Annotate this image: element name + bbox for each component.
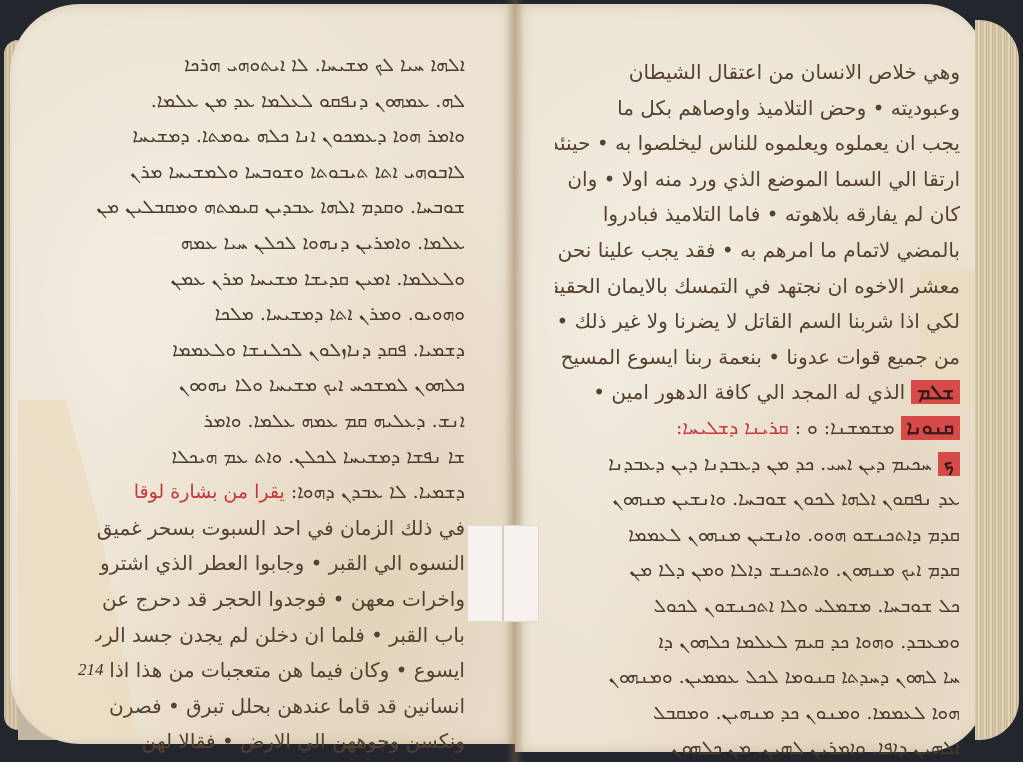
folio-number: 214 bbox=[78, 660, 104, 680]
manuscript-line: يجب ان يعملوه ويعلموه للناس ليخلصوا به •… bbox=[555, 126, 960, 162]
manuscript-line: النسوه الي القبر • وجابوا العطر الذي اشت… bbox=[95, 546, 465, 582]
line-text: ܠܗ. ܥܡܗܘܢ ܕܢܦܩܘ ܠܥܠܡܐ ܥܕ ܡܢ ܥܠܡܐ. bbox=[151, 90, 465, 112]
manuscript-line: ܫܘܒܚܐ. ܘܩܕܡ ܐܠܗܐ ܥܒܕܝܢ ܩܝܡܬܗ ܘܡܩܒܠܝܢ ܡܢ bbox=[95, 190, 465, 226]
manuscript-line: ايسوع • وكان فيما هن متعجبات من هذا اذا bbox=[95, 653, 465, 689]
line-text: لكي اذا شربنا السم القاتل لا يضرنا ولا غ… bbox=[556, 309, 960, 333]
rubric-heading-box: ܫܠܡ bbox=[911, 380, 960, 404]
line-text: ܟܠܗܘܢ ܠܡܫܟܚ ܐܝܟ ܡܫܝܚܐ ܘܠܐ ܢܗܘܘܢ bbox=[179, 374, 465, 396]
manuscript-line: ܩܢܘܢܐܡܫܡܫܢܐ: ܘ : ܩܪܝܢܐ ܕܫܠܝܚܐ: bbox=[555, 411, 960, 447]
manuscript-line: ܩܕܡ ܕܐܬܟܢܫܘ ܗܘܘ. ܘܐܢܫܝܢ ܡܢܗܘܢ ܠܥܡܡܐ bbox=[555, 518, 960, 554]
manuscript-line: ܐܢܫ. ܕܥܠܝܗ ܩܡ ܥܡܗ ܥܠܡܐ. ܘܐܡܪ bbox=[95, 404, 465, 440]
manuscript-line: ܠܐܒܘܗܝ ܐܬܐ ܬܝܒܘܬܐ ܘܫܘܒܚܐ ܘܠܡܫܝܚܐ ܡܪܢ bbox=[95, 155, 465, 191]
line-text: ܥܠܡܐ. ܘܐܡܪܝܢ ܕܢܗܘܐ ܠܟܠܢ ܚܝܐ ܥܡܗ bbox=[181, 232, 465, 254]
line-text: ܕܫܡܝܐ. ܦܩܕ ܕܢܐܙܠܘܢ ܠܟܠܢܫܐ ܘܠܥܡܡܐ bbox=[172, 339, 465, 361]
paper-slip-in-gutter bbox=[467, 525, 539, 622]
line-text: ܗܘܐ ܠܥܡܡܐ. ܘܡܢܘܢ ܟܕ ܡܢܗܝܢ. ܘܡܩܒܠ bbox=[653, 702, 960, 724]
line-text: ܫܐ ܢܦܫܐ ܕܡܫܝܚܐ ܠܟܠܢ. ܘܐܬ ܥܡ ܗܝܟܠܐ bbox=[172, 446, 466, 468]
manuscript-line: في ذلك الزمان في احد السبوت بسحر غميق ات… bbox=[95, 511, 465, 547]
manuscript-line: انسانين قد قاما عندهن بحلل تبرق • فصرن bbox=[95, 689, 465, 725]
manuscript-line: ܟܚܟܝܡ ܕܝܢ ܐܚܝ. ܟܕ ܡܢ ܕܥܒܕܢܐ ܕܝܢ ܕܥܒܕܢܐ bbox=[555, 447, 960, 483]
line-text: ܕܫܡܝܐ. ܠܐ ܥܒܕܢ ܕܗܘܐ: bbox=[291, 481, 465, 503]
book-gutter bbox=[506, 0, 524, 762]
rubric-heading-box: ܟ bbox=[938, 452, 960, 476]
line-text: ܩܕܡ ܐܝܟ ܡܢܗܘܢ. ܘܐܬܟܢܫ ܕܐܠܐ ܘܡܢ ܕܠܐ ܡܢ bbox=[630, 559, 961, 581]
manuscript-line: ܐܠܗܐ ܚܝܐ ܠܟ ܡܫܝܚܐ. ܠܐ ܐܝܬܘܗܝ ܗܪܟܐ bbox=[95, 48, 465, 84]
manuscript-line: ܥܠܡܐ. ܘܐܡܪܝܢ ܕܢܗܘܐ ܠܟܠܢ ܚܝܐ ܥܡܗ bbox=[95, 226, 465, 262]
manuscript-spread: ܐܠܗܐ ܚܝܐ ܠܟ ܡܫܝܚܐ. ܠܐ ܐܝܬܘܗܝ ܗܪܟܐܠܗ. ܥܡܗ… bbox=[0, 0, 1023, 762]
manuscript-line: ܫܐ ܢܦܫܐ ܕܡܫܝܚܐ ܠܟܠܢ. ܘܐܬ ܥܡ ܗܝܟܠܐ bbox=[95, 440, 465, 476]
line-text: معشر الاخوه ان نجتهد في التمسك بالايمان … bbox=[555, 274, 960, 298]
line-text: ارتقا الي السما الموضع الذي ورد منه اولا… bbox=[567, 167, 960, 191]
manuscript-line: ܥܕ ܢܦܩܘܢ ܐܠܗܐ ܠܟܘܢ ܫܘܒܚܐ. ܘܐܢܫܝܢ ܡܢܗܘܢ bbox=[555, 482, 960, 518]
line-text: ܫܘܒܚܐ. ܘܩܕܡ ܐܠܗܐ ܥܒܕܝܢ ܩܝܡܬܗ ܘܡܩܒܠܝܢ ܡܢ bbox=[96, 196, 465, 218]
line-text: ܘܡܥܒܕ. ܘܗܘܐ ܟܕ ܩܝܡ ܠܥܠܡܐ ܟܠܗܘܢ ܕܐ bbox=[658, 631, 960, 653]
manuscript-line: معشر الاخوه ان نجتهد في التمسك بالايمان … bbox=[555, 269, 960, 305]
line-text: النسوه الي القبر • وجابوا العطر الذي اشت… bbox=[95, 551, 465, 575]
manuscript-line: ܟܠ ܫܘܒܚܐ. ܡܫܡܠܝ ܘܠܐ ܐܬܟܢܫܘܢ ܠܟܘܠ bbox=[555, 589, 960, 625]
manuscript-line: لكي اذا شربنا السم القاتل لا يضرنا ولا غ… bbox=[555, 304, 960, 340]
manuscript-line: ܕܫܡܝܐ. ܦܩܕ ܕܢܐܙܠܘܢ ܠܟܠܢܫܐ ܘܠܥܡܡܐ bbox=[95, 333, 465, 369]
manuscript-line: ܘܡܥܒܕ. ܘܗܘܐ ܟܕ ܩܝܡ ܠܥܠܡܐ ܟܠܗܘܢ ܕܐ bbox=[555, 625, 960, 661]
manuscript-line: ܕܫܡܝܐ. ܠܐ ܥܒܕܢ ܕܗܘܐ: يقرا من بشارة لوقا bbox=[95, 475, 465, 511]
line-text: ܚܟܝܡ ܕܝܢ ܐܚܝ. ܟܕ ܡܢ ܕܥܒܕܢܐ ܕܝܢ ܕܥܒܕܢܐ bbox=[608, 453, 932, 475]
line-text: ܐܠܗܝܢ ܕܐܦܐ. ܘܐܡܪܝܢ ܠܗܝܢ. ܡܢ ܟܠܗܘܢ bbox=[671, 737, 960, 759]
line-text: ܐܢܫ. ܕܥܠܝܗ ܩܡ ܥܡܗ ܥܠܡܐ. ܘܐܡܪ bbox=[203, 410, 465, 432]
manuscript-line: ܚܐ ܠܗܘܢ ܕܚܕܬܐ ܩܢܘܡܐ ܠܟܠ ܥܡܡܝܢ. ܘܡܢܗܘܢ bbox=[555, 660, 960, 696]
line-text: وعبوديته • وحض التلاميذ واوصاهم بكل ما bbox=[617, 96, 960, 120]
line-text: ܘܠܥܠܡܐ. ܐܡܝܢ ܩܕܝܫܐ ܡܫܝܚܐ ܡܪܢ ܥܡܢ bbox=[171, 268, 465, 290]
line-text: وهي خلاص الانسان من اعتقال الشيطان bbox=[629, 60, 960, 84]
line-text: ܠܐܒܘܗܝ ܐܬܐ ܬܝܒܘܬܐ ܘܫܘܒܚܐ ܘܠܡܫܝܚܐ ܡܪܢ bbox=[130, 161, 465, 183]
manuscript-line: ܟܠܗܘܢ ܠܡܫܟܚ ܐܝܟ ܡܫܝܚܐ ܘܠܐ ܢܗܘܘܢ bbox=[95, 368, 465, 404]
manuscript-line: ܫܠܡالذي له المجد الي كافة الدهور امين • bbox=[555, 375, 960, 411]
manuscript-line: كان لم يفارقه بلاهوته • فاما التلاميذ فب… bbox=[555, 197, 960, 233]
manuscript-line: من جميع قوات عدونا • بنعمة ربنا ايسوع ال… bbox=[555, 340, 960, 376]
manuscript-line: ܘܗܘܝܘ. ܘܡܪܢ ܐܬܐ ܕܡܫܝܚܐ. ܡܠܟܐ bbox=[95, 297, 465, 333]
manuscript-line: باب القبر • فلما ان دخلن لم يجدن جسد الر… bbox=[95, 618, 465, 654]
manuscript-line: واخرات معهن • فوجدوا الحجر قد دحرج عن bbox=[95, 582, 465, 618]
manuscript-line: ܐܠܗܝܢ ܕܐܦܐ. ܘܐܡܪܝܢ ܠܗܝܢ. ܡܢ ܟܠܗܘܢ bbox=[555, 731, 960, 762]
line-text: ܚܐ ܠܗܘܢ ܕܚܕܬܐ ܩܢܘܡܐ ܠܟܠ ܥܡܡܝܢ. ܘܡܢܗܘܢ bbox=[609, 666, 960, 688]
line-text: ܐܠܗܐ ܚܝܐ ܠܟ ܡܫܝܚܐ. ܠܐ ܐܝܬܘܗܝ ܗܪܟܐ bbox=[184, 54, 465, 76]
manuscript-line: ܘܠܥܠܡܐ. ܐܡܝܢ ܩܕܝܫܐ ܡܫܝܚܐ ܡܪܢ ܥܡܢ bbox=[95, 262, 465, 298]
manuscript-line: ܩܕܡ ܐܝܟ ܡܢܗܘܢ. ܘܐܬܟܢܫ ܕܐܠܐ ܘܡܢ ܕܠܐ ܡܢ bbox=[555, 553, 960, 589]
manuscript-line: ܗܘܐ ܠܥܡܡܐ. ܘܡܢܘܢ ܟܕ ܡܢܗܝܢ. ܘܡܩܒܠ bbox=[555, 696, 960, 732]
rubric-text: يقرا من بشارة لوقا bbox=[134, 481, 291, 503]
line-text: انسانين قد قاما عندهن بحلل تبرق • فصرن bbox=[109, 694, 465, 718]
line-text: الذي له المجد الي كافة الدهور امين • bbox=[593, 380, 905, 404]
line-text: واخرات معهن • فوجدوا الحجر قد دحرج عن bbox=[102, 587, 465, 611]
line-text: كان لم يفارقه بلاهوته • فاما التلاميذ فب… bbox=[603, 202, 960, 226]
line-text: ܘܗܘܝܘ. ܘܡܪܢ ܐܬܐ ܕܡܫܝܚܐ. ܡܠܟܐ bbox=[215, 303, 465, 325]
line-text: في ذلك الزمان في احد السبوت بسحر غميق ات… bbox=[95, 516, 465, 540]
rubric-text: ܩܪܝܢܐ ܕܫܠܝܚܐ: bbox=[676, 417, 795, 439]
manuscript-line: وعبوديته • وحض التلاميذ واوصاهم بكل ما bbox=[555, 91, 960, 127]
line-text: ܟܠ ܫܘܒܚܐ. ܡܫܡܠܝ ܘܠܐ ܐܬܟܢܫܘܢ ܠܟܘܠ bbox=[654, 595, 960, 617]
manuscript-line: وهي خلاص الانسان من اعتقال الشيطان bbox=[555, 55, 960, 91]
line-text: ونكسن وجوههن الي الارض • فقالا لهن bbox=[142, 729, 465, 753]
manuscript-line: بالمضي لاتمام ما امرهم به • فقد يجب علين… bbox=[555, 233, 960, 269]
line-text: باب القبر • فلما ان دخلن لم يجدن جسد الر… bbox=[95, 623, 465, 647]
right-text-column: وهي خلاص الانسان من اعتقال الشيطانوعبودي… bbox=[555, 55, 960, 762]
line-text: من جميع قوات عدونا • بنعمة ربنا ايسوع ال… bbox=[561, 345, 960, 369]
line-text: بالمضي لاتمام ما امرهم به • فقد يجب علين… bbox=[558, 238, 960, 262]
line-text: ܩܕܡ ܕܐܬܟܢܫܘ ܗܘܘ. ܘܐܢܫܝܢ ܡܢܗܘܢ ܠܥܡܡܐ bbox=[628, 524, 960, 546]
rubric-heading-box: ܩܢܘܢܐ bbox=[901, 416, 960, 440]
line-text: يجب ان يعملوه ويعلموه للناس ليخلصوا به •… bbox=[555, 131, 960, 155]
line-text: ايسوع • وكان فيما هن متعجبات من هذا اذا bbox=[109, 658, 465, 682]
line-text: ܡܫܡܫܢܐ: ܘ : bbox=[795, 417, 895, 439]
left-text-column: ܐܠܗܐ ܚܝܐ ܠܟ ܡܫܝܚܐ. ܠܐ ܐܝܬܘܗܝ ܗܪܟܐܠܗ. ܥܡܗ… bbox=[95, 48, 465, 760]
manuscript-line: ونكسن وجوههن الي الارض • فقالا لهن bbox=[95, 724, 465, 760]
right-page-edges bbox=[975, 20, 1019, 740]
manuscript-line: ܘܐܡܪ ܗܘܐ ܕܥܡܟܘܢ ܐܢܐ ܟܠܗ ܝܘܡܬܐ. ܕܡܫܝܚܐ bbox=[95, 119, 465, 155]
manuscript-line: ارتقا الي السما الموضع الذي ورد منه اولا… bbox=[555, 162, 960, 198]
line-text: ܥܕ ܢܦܩܘܢ ܐܠܗܐ ܠܟܘܢ ܫܘܒܚܐ. ܘܐܢܫܝܢ ܡܢܗܘܢ bbox=[612, 488, 960, 510]
line-text: ܘܐܡܪ ܗܘܐ ܕܥܡܟܘܢ ܐܢܐ ܟܠܗ ܝܘܡܬܐ. ܕܡܫܝܚܐ bbox=[132, 125, 465, 147]
manuscript-line: ܠܗ. ܥܡܗܘܢ ܕܢܦܩܘ ܠܥܠܡܐ ܥܕ ܡܢ ܥܠܡܐ. bbox=[95, 84, 465, 120]
